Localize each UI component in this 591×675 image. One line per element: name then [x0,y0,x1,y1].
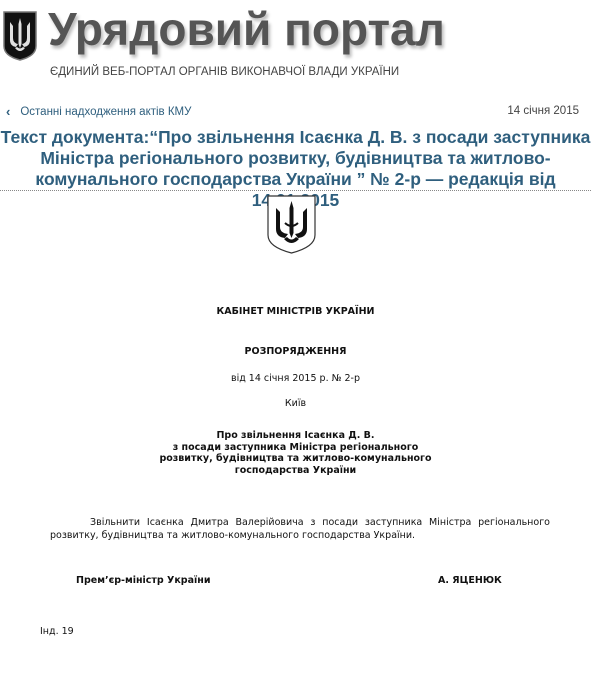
subject-line: господарства України [0,465,591,477]
document-index: Інд. 19 [40,626,74,637]
divider [0,190,591,191]
page-title-line: Текст документа:“Про звільнення Ісаєнка … [0,127,591,148]
site-header: Урядовий портал ЄДИНИЙ ВЕБ-ПОРТАЛ ОРГАНІ… [0,0,591,95]
back-link-label[interactable]: Останні надходження актів КМУ [20,106,191,118]
subject-line: Про звільнення Ісаєнка Д. В. [0,430,591,442]
back-link[interactable]: ‹ Останні надходження актів КМУ [6,104,191,119]
coat-of-arms-icon [263,193,320,255]
publication-date: 14 січня 2015 [507,105,579,117]
document-type: РОЗПОРЯДЖЕННЯ [0,346,591,357]
portal-title[interactable]: Урядовий портал [48,2,445,56]
body-text: Звільнити Ісаєнка Дмитра Валерійовича з … [50,517,550,541]
portal-subtitle: ЄДИНИЙ ВЕБ-ПОРТАЛ ОРГАНІВ ВИКОНАВЧОЇ ВЛА… [50,66,399,78]
city: Київ [0,398,591,409]
subject-line: розвитку, будівництва та житлово-комунал… [0,453,591,465]
subject-line: з посади заступника Міністра регіонально… [0,442,591,454]
trident-shield-icon[interactable] [2,10,38,62]
document-subject: Про звільнення Ісаєнка Д. В. з посади за… [0,430,591,476]
signer-name: А. ЯЦЕНЮК [438,575,502,586]
issuer: КАБІНЕТ МІНІСТРІВ УКРАЇНИ [0,306,591,317]
nav-row: ‹ Останні надходження актів КМУ 14 січня… [0,104,591,122]
page-title-line: Міністра регіонального розвитку, будівни… [0,148,591,169]
signer-position: Прем’єр-міністр України [76,575,211,586]
chevron-left-icon: ‹ [6,104,10,119]
date-number: від 14 січня 2015 р. № 2-р [0,373,591,384]
body-paragraph: Звільнити Ісаєнка Дмитра Валерійовича з … [50,516,550,542]
